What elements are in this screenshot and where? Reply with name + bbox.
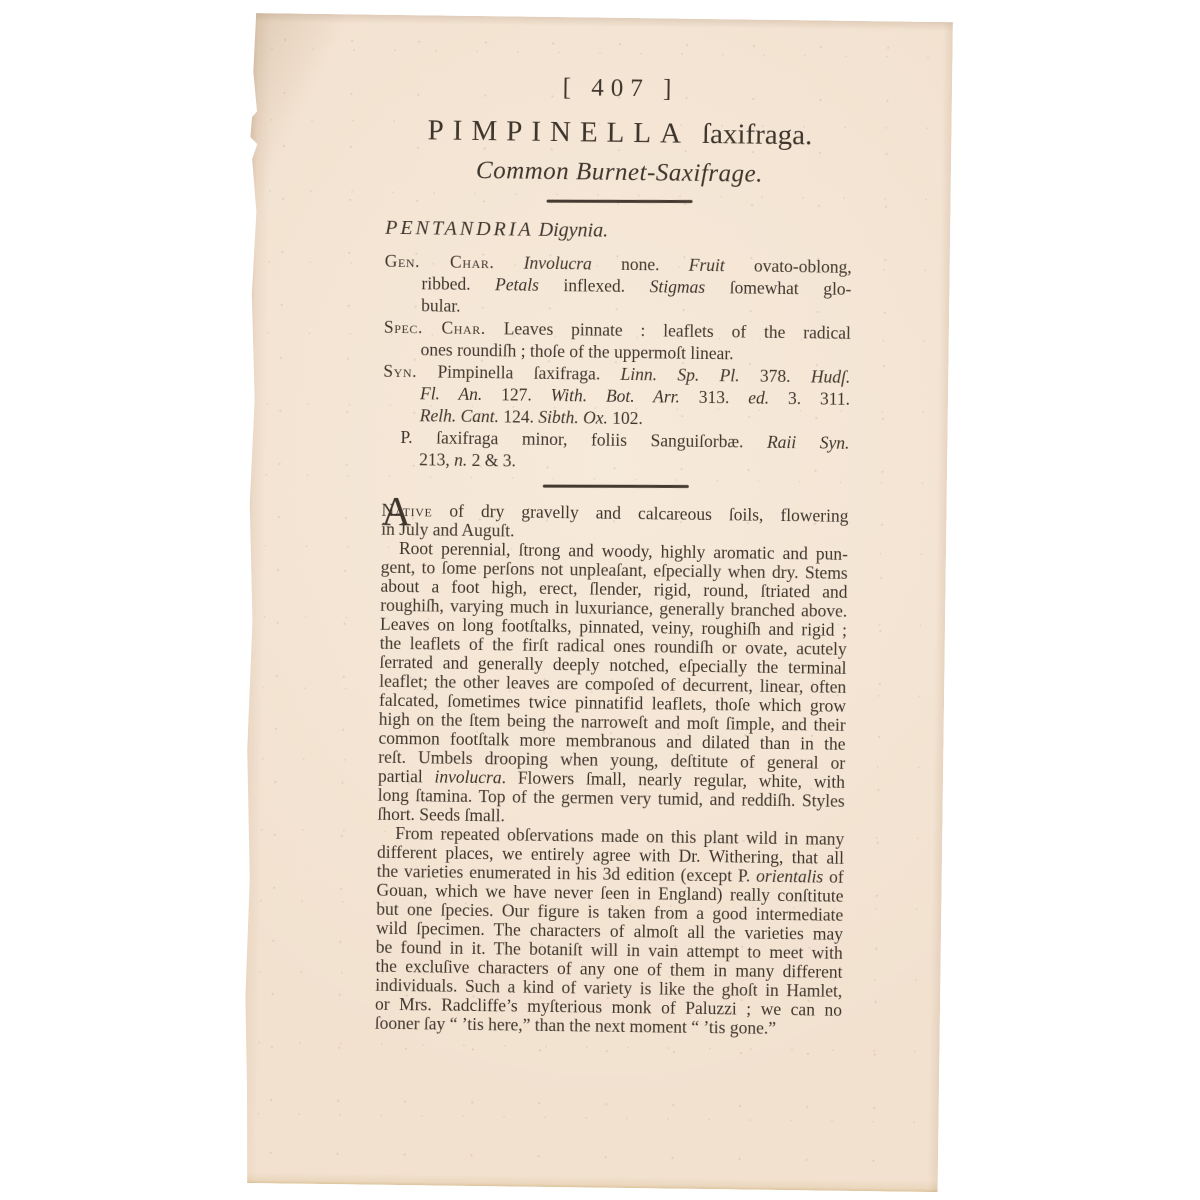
spec-char-entry: Spec. Char. Leaves pinnate : leaflets of…: [383, 316, 851, 366]
syn-entry-secondary: P. ſaxifraga minor, foliis Sanguiſorbæ. …: [382, 426, 850, 476]
text-segment: Digynia.: [539, 219, 609, 242]
text-segment: Fruit: [689, 255, 725, 275]
paragraph-habitat: A Native of dry gravelly and calcareous …: [381, 501, 848, 545]
text-segment: Stigmas: [650, 276, 706, 297]
text-segment: 124.: [499, 406, 539, 427]
text-segment: ovato-oblong,: [725, 255, 852, 277]
page-number: [ 407 ]: [387, 71, 854, 107]
text-segment: Sibth. Ox.: [538, 407, 608, 428]
text-line: ſooner ſay “ ’tis here,” than the next m…: [375, 1014, 842, 1039]
text-segment: Syn.: [383, 361, 417, 381]
text-segment: Linn. Sp. Pl.: [620, 364, 739, 386]
page-content: [ 407 ] PIMPINELLAſaxifraga. Common Burn…: [375, 71, 855, 1039]
gen-char-entry: Gen. Char. Involucra none. Fruit ovato-o…: [384, 250, 852, 322]
text-segment: Spec. Char.: [384, 317, 486, 338]
text-segment: partial: [378, 766, 435, 787]
text-segment: Gen. Char.: [385, 251, 495, 272]
text-line: PENTANDRIA Digynia.: [385, 216, 852, 246]
text-segment: involucra: [434, 766, 501, 787]
text-segment: [494, 252, 524, 272]
text-segment: Hudſ.: [811, 366, 851, 387]
text-segment: Raii Syn.: [767, 432, 850, 453]
text-segment: With. Bot. Arr.: [551, 385, 681, 407]
text-segment: ed.: [748, 388, 769, 408]
common-name: Common Burnet-Saxifrage.: [386, 155, 853, 191]
text-segment: PENTANDRIA: [385, 217, 534, 241]
scan-background: [ 407 ] PIMPINELLAſaxifraga. Common Burn…: [0, 0, 1200, 1200]
text-segment: ones roundiſh ; thoſe of the uppermoſt l…: [420, 339, 733, 363]
syn-entry: Syn. Pimpinella ſaxifraga. Linn. Sp. Pl.…: [383, 360, 851, 432]
genus-name: PIMPINELLA: [427, 114, 690, 149]
text-segment: orientalis: [756, 866, 823, 887]
species-name: ſaxifraga.: [702, 118, 813, 151]
book-page: [ 407 ] PIMPINELLAſaxifraga. Common Burn…: [237, 13, 953, 1192]
text-segment: Petals: [495, 274, 539, 295]
page-title: PIMPINELLAſaxifraga.: [386, 113, 853, 153]
text-segment: 127.: [482, 384, 551, 405]
text-segment: ribbed.: [421, 273, 495, 294]
divider-rule-bottom: [542, 485, 688, 488]
text-segment: 313.: [680, 387, 749, 408]
text-segment: 378.: [739, 365, 811, 386]
text-segment: ſooner ſay “ ’tis here,” than the next m…: [375, 1013, 776, 1038]
text-segment: 213,: [419, 449, 454, 469]
text-segment: none.: [592, 253, 689, 274]
text-segment: of: [823, 867, 844, 887]
text-segment: 102.: [608, 408, 643, 428]
paragraph-description: Root perennial, ſtrong and woody, highly…: [377, 539, 848, 830]
initial-capital: A: [381, 491, 411, 532]
text-segment: Relh. Cant.: [420, 405, 499, 426]
text-segment: ſomewhat glo-: [705, 277, 852, 299]
text-segment: Fl. An.: [420, 383, 483, 404]
text-segment: Involucra: [524, 253, 592, 274]
classification-line: PENTANDRIA Digynia.: [385, 216, 852, 246]
text-segment: 2 & 3.: [467, 450, 516, 471]
text-segment: Pimpinella ſaxifraga.: [417, 361, 621, 384]
text-segment: bular.: [421, 295, 461, 316]
text-segment: 3. 311.: [769, 388, 850, 409]
text-segment: n.: [454, 450, 467, 470]
paragraph-discussion: From repeated obſervations made on this …: [375, 824, 845, 1039]
divider-rule-top: [546, 200, 692, 203]
text-segment: inflexed.: [539, 275, 650, 296]
